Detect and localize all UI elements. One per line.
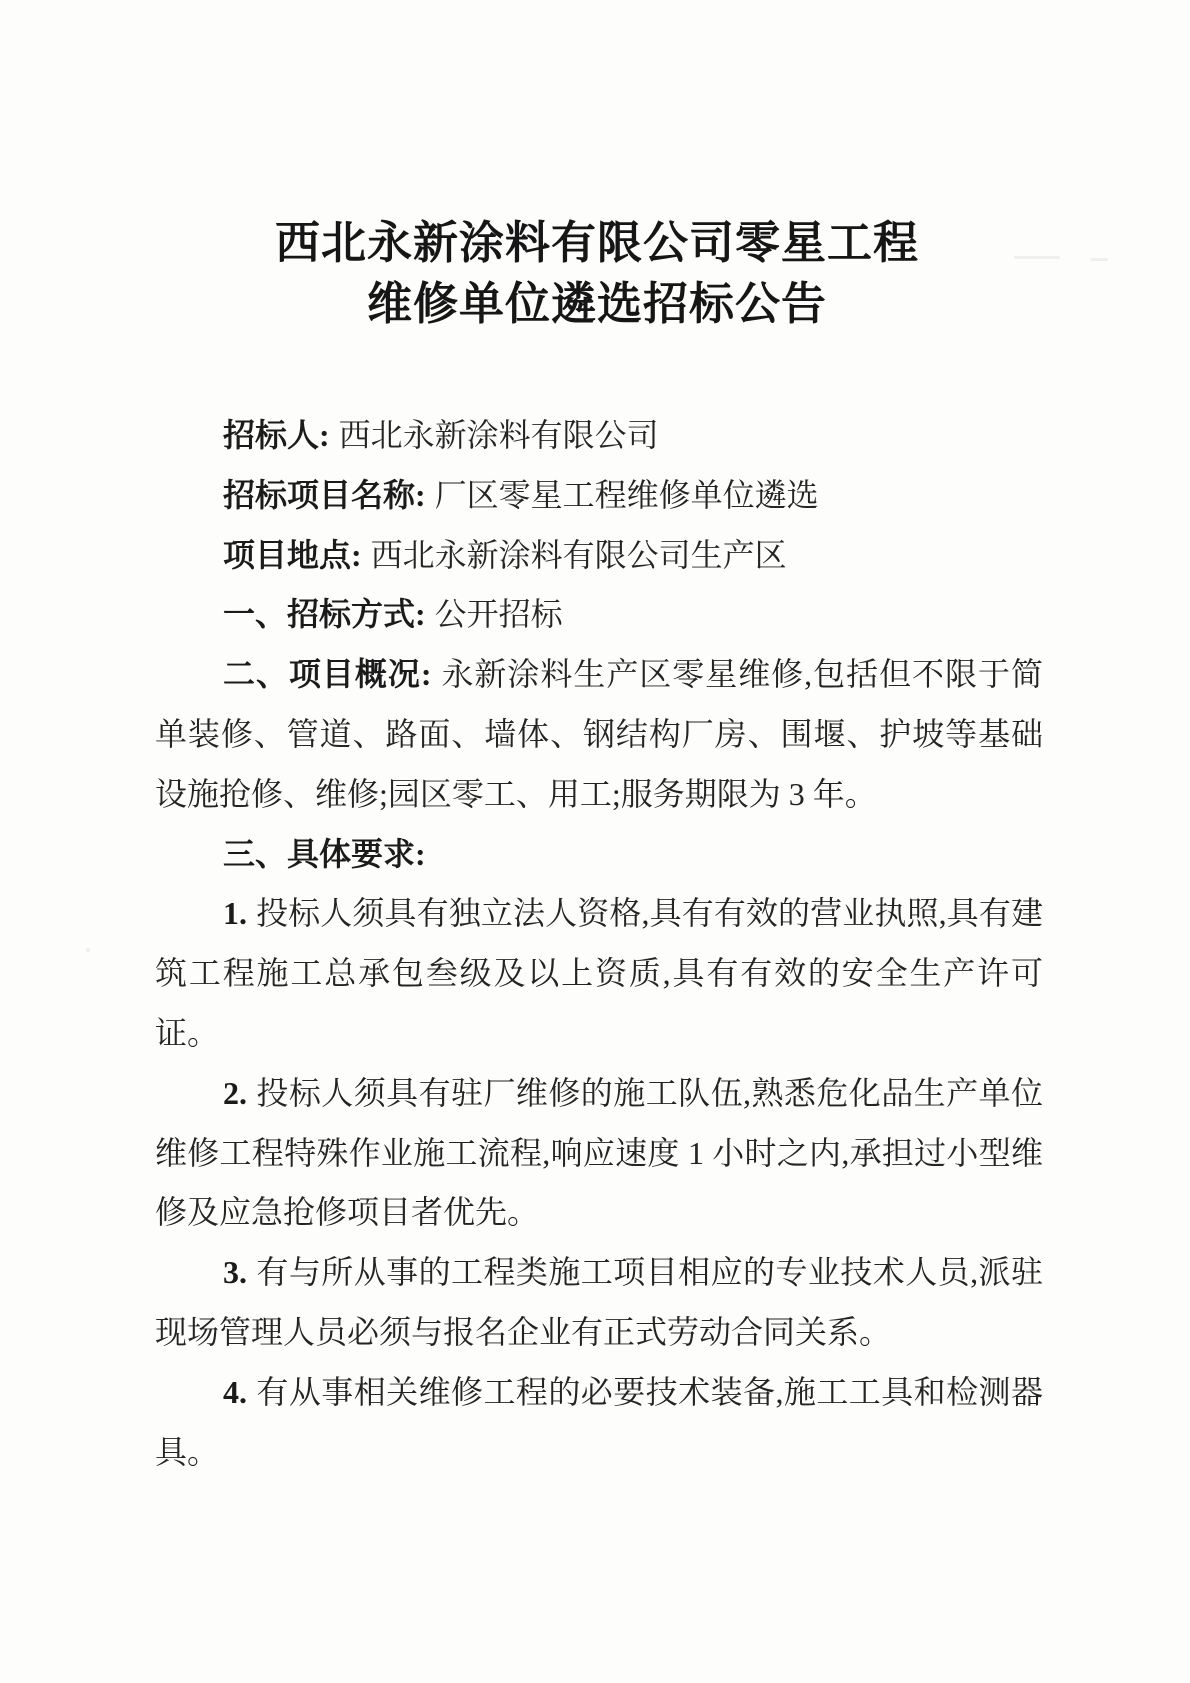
paragraph: 三、具体要求:	[155, 825, 1043, 885]
paragraph-label: 三、具体要求:	[223, 836, 426, 872]
paragraph: 招标项目名称:厂区零星工程维修单位遴选	[155, 466, 1043, 526]
paragraph-text: 有从事相关维修工程的必要技术装备,施工工具和检测器具。	[155, 1374, 1043, 1470]
paragraph-label: 招标人:	[223, 417, 330, 453]
paragraph-text: 西北永新涂料有限公司生产区	[371, 537, 787, 573]
document-page: 西北永新涂料有限公司零星工程 维修单位遴选招标公告 招标人:西北永新涂料有限公司…	[0, 0, 1190, 1683]
paragraph: 3.有与所从事的工程类施工项目相应的专业技术人员,派驻现场管理人员必须与报名企业…	[155, 1243, 1043, 1363]
paragraph: 招标人:西北永新涂料有限公司	[155, 406, 1043, 466]
title-line-1: 西北永新涂料有限公司零星工程	[151, 213, 1043, 274]
paragraph-label: 1.	[223, 895, 247, 931]
paragraph-label: 2.	[223, 1075, 247, 1111]
paragraph: 1.投标人须具有独立法人资格,具有有效的营业执照,具有建筑工程施工总承包叁级及以…	[155, 884, 1043, 1063]
paragraph: 一、招标方式:公开招标	[155, 585, 1043, 645]
paragraph-text: 投标人须具有独立法人资格,具有有效的营业执照,具有建筑工程施工总承包叁级及以上资…	[155, 895, 1043, 1051]
paragraph-label: 4.	[223, 1374, 247, 1410]
paragraph-label: 3.	[223, 1254, 247, 1290]
paragraph-text: 有与所从事的工程类施工项目相应的专业技术人员,派驻现场管理人员必须与报名企业有正…	[155, 1254, 1043, 1350]
document-body: 招标人:西北永新涂料有限公司 招标项目名称:厂区零星工程维修单位遴选 项目地点:…	[155, 406, 1043, 1482]
paragraph-label: 项目地点:	[223, 537, 362, 573]
paragraph: 2.投标人须具有驻厂维修的施工队伍,熟悉危化品生产单位维修工程特殊作业施工流程,…	[155, 1064, 1043, 1243]
paragraph: 项目地点:西北永新涂料有限公司生产区	[155, 526, 1043, 586]
paragraph-text: 公开招标	[435, 596, 563, 632]
title-line-2: 维修单位遴选招标公告	[151, 274, 1043, 335]
paragraph-label: 二、项目概况:	[223, 656, 432, 692]
document-title: 西北永新涂料有限公司零星工程 维修单位遴选招标公告	[151, 213, 1043, 335]
paragraph-label: 一、招标方式:	[223, 596, 426, 632]
paragraph-text: 厂区零星工程维修单位遴选	[435, 477, 819, 513]
paragraph-text: 西北永新涂料有限公司	[339, 417, 659, 453]
scan-noise-speck	[1014, 256, 1060, 259]
scan-noise-speck	[86, 948, 90, 952]
paragraph-label: 招标项目名称:	[223, 477, 426, 513]
scan-noise-speck	[1090, 258, 1108, 261]
paragraph: 4.有从事相关维修工程的必要技术装备,施工工具和检测器具。	[155, 1363, 1043, 1483]
paragraph-text: 投标人须具有驻厂维修的施工队伍,熟悉危化品生产单位维修工程特殊作业施工流程,响应…	[155, 1075, 1043, 1231]
paragraph: 二、项目概况:永新涂料生产区零星维修,包括但不限于简单装修、管道、路面、墙体、钢…	[155, 645, 1043, 824]
